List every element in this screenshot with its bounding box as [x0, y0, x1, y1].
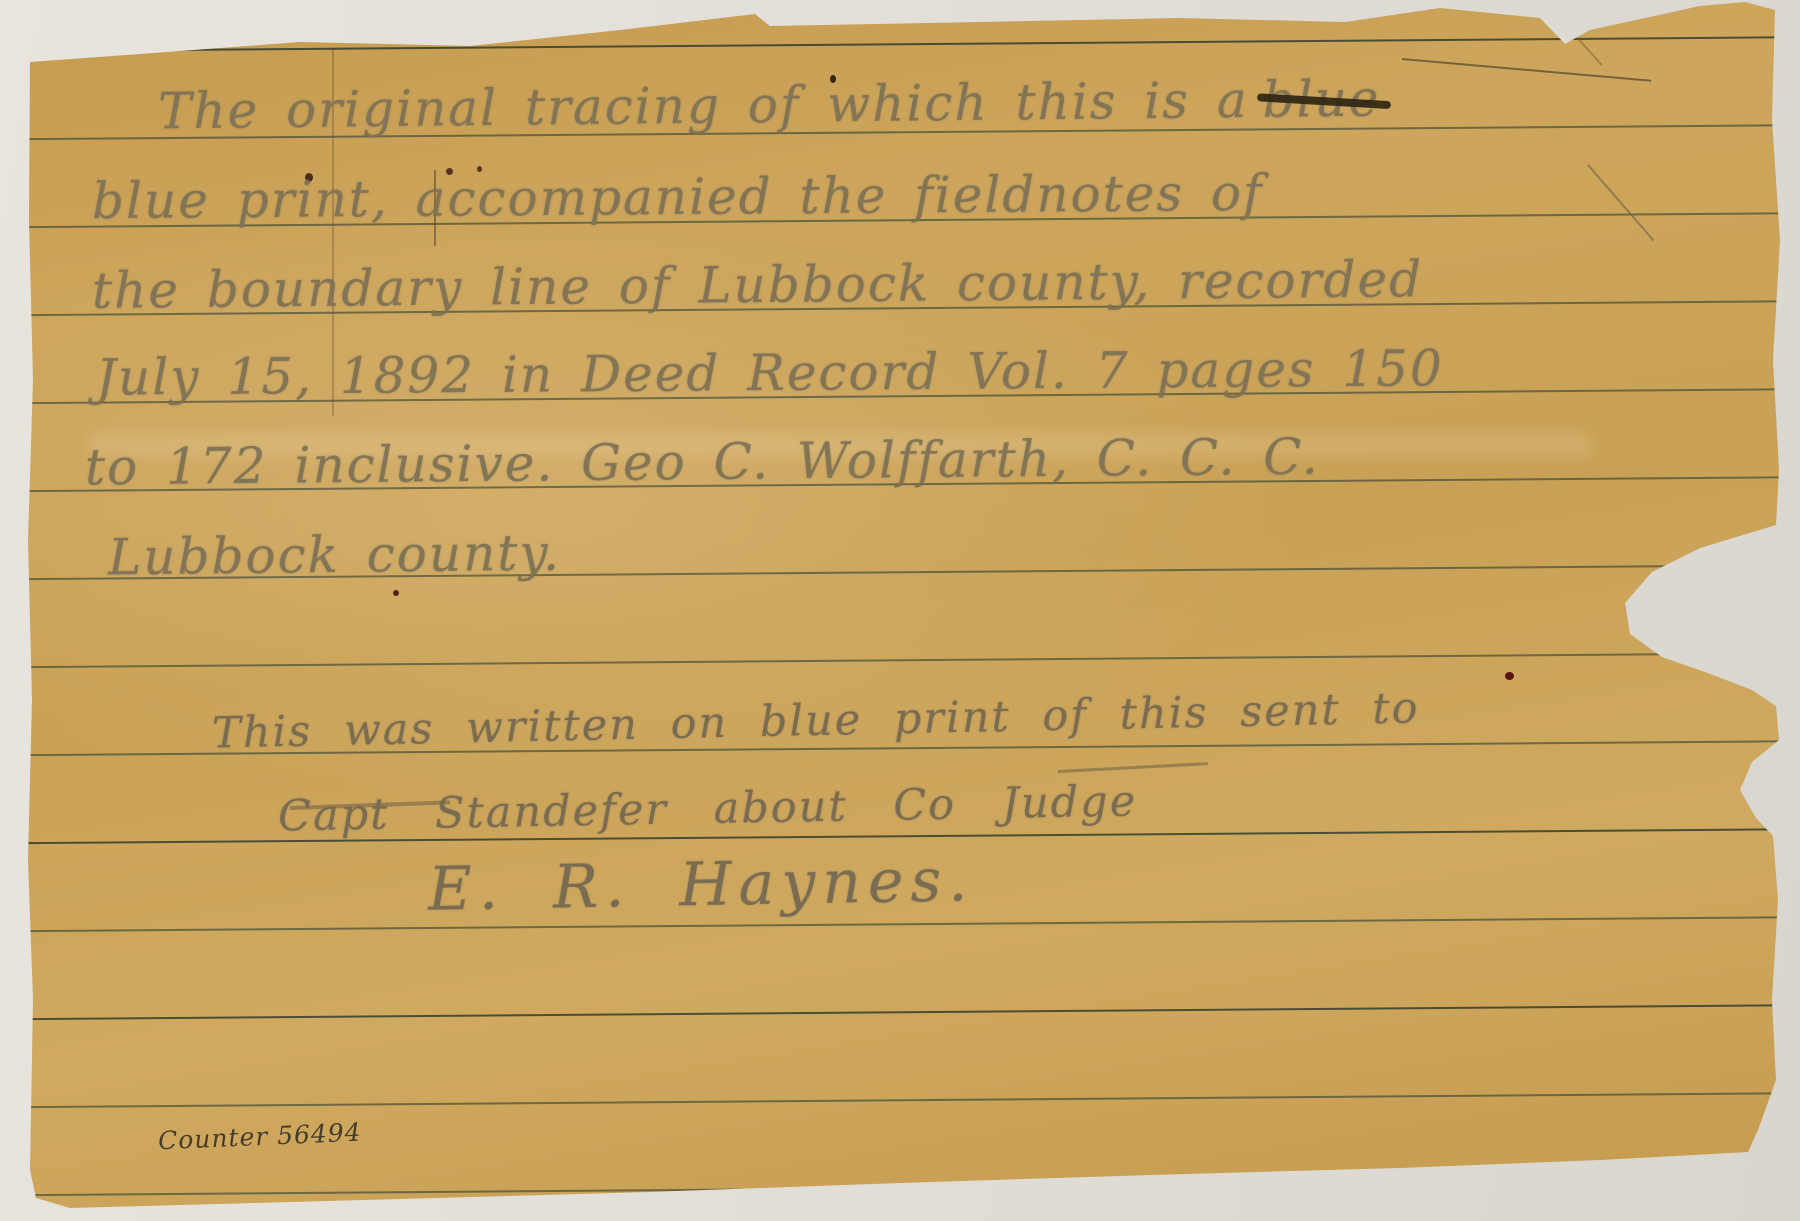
ruled-line: [1, 652, 1800, 668]
handwriting-line-5: to 172 inclusive. Geo C. Wolffarth, C. C…: [85, 432, 1320, 493]
ruled-line: [3, 1004, 1800, 1020]
ruled-line: [3, 916, 1800, 932]
ink-speck: [1505, 672, 1514, 680]
handwriting-line-6: Lubbock county.: [108, 528, 561, 583]
ink-speck: [393, 590, 399, 596]
handwriting-line-2: blue print, accompanied the fieldnotes o…: [92, 168, 1264, 226]
handwriting-line-1: The original tracing of which this is ab…: [158, 74, 1381, 137]
scanned-note: The original tracing of which this is ab…: [0, 0, 1800, 1221]
signature-er-haynes: E. R. Haynes.: [428, 850, 975, 920]
handwriting-line-4: July 15, 1892 in Deed Record Vol. 7 page…: [96, 343, 1444, 402]
note-paper: The original tracing of which this is ab…: [0, 0, 1800, 1221]
struck-word-blue: blue: [1262, 74, 1380, 125]
ruled-line: [0, 36, 1796, 52]
ruled-line: [4, 1092, 1800, 1108]
line1-text: The original tracing of which this is a: [158, 71, 1249, 140]
ruled-line: [5, 1180, 1800, 1196]
handwriting-line-3: the boundary line of Lubbock county, rec…: [92, 254, 1424, 316]
